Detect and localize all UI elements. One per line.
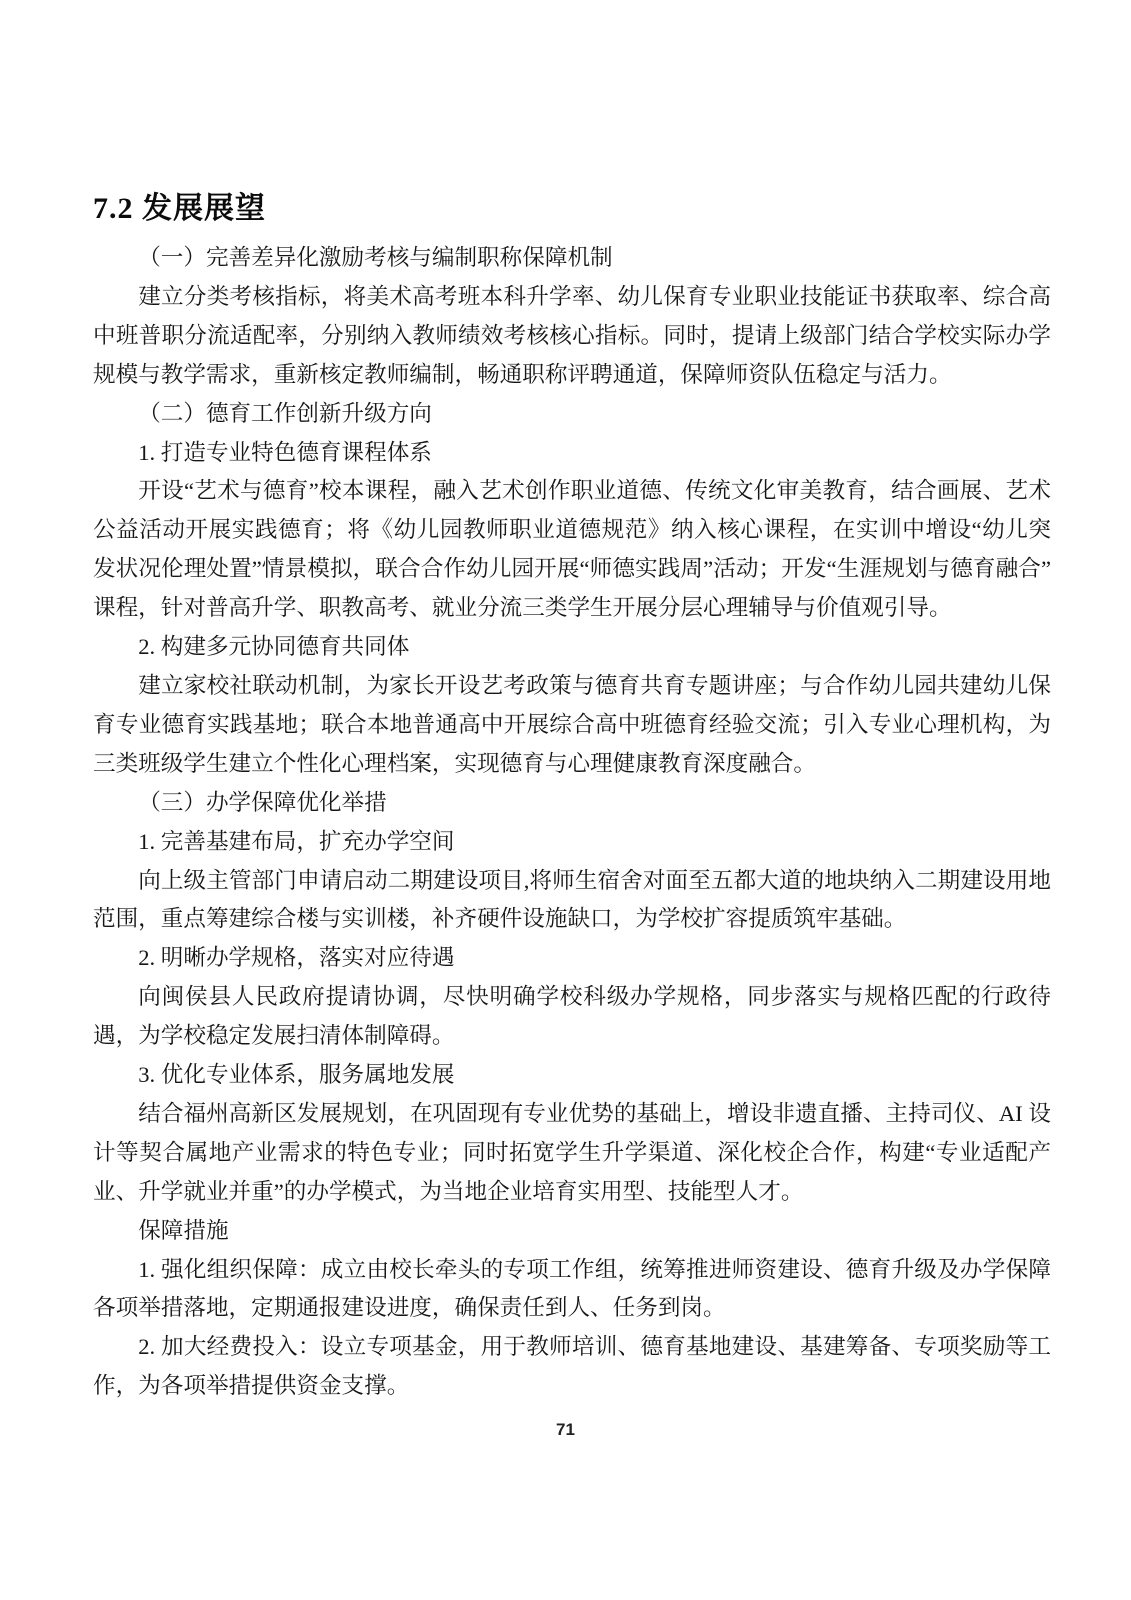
- paragraph: 1. 完善基建布局，扩充办学空间: [93, 823, 1051, 862]
- paragraph: 向闽侯县人民政府提请协调，尽快明确学校科级办学规格，同步落实与规格匹配的行政待遇…: [93, 978, 1051, 1056]
- paragraph: 开设“艺术与德育”校本课程，融入艺术创作职业道德、传统文化审美教育，结合画展、艺…: [93, 472, 1051, 628]
- paragraph: 向上级主管部门申请启动二期建设项目,将师生宿舍对面至五都大道的地块纳入二期建设用…: [93, 862, 1051, 940]
- paragraph: 1. 打造专业特色德育课程体系: [93, 434, 1051, 473]
- paragraph: 建立家校社联动机制，为家长开设艺考政策与德育共育专题讲座；与合作幼儿园共建幼儿保…: [93, 667, 1051, 784]
- paragraph: （三）办学保障优化举措: [93, 784, 1051, 823]
- document-page: 7.2 发展展望 （一）完善差异化激励考核与编制职称保障机制 建立分类考核指标，…: [0, 0, 1131, 1600]
- paragraph: 保障措施: [93, 1212, 1051, 1251]
- paragraph: 2. 明晰办学规格，落实对应待遇: [93, 939, 1051, 978]
- paragraph: 1. 强化组织保障：成立由校长牵头的专项工作组，统筹推进师资建设、德育升级及办学…: [93, 1251, 1051, 1329]
- paragraph: 结合福州高新区发展规划，在巩固现有专业优势的基础上，增设非遗直播、主持司仪、AI…: [93, 1095, 1051, 1212]
- page-footer: 71: [0, 1420, 1131, 1440]
- paragraph: 3. 优化专业体系，服务属地发展: [93, 1056, 1051, 1095]
- section-heading: 7.2 发展展望: [93, 188, 1051, 230]
- paragraph: 建立分类考核指标，将美术高考班本科升学率、幼儿保育专业职业技能证书获取率、综合高…: [93, 278, 1051, 395]
- paragraph: 2. 构建多元协同德育共同体: [93, 628, 1051, 667]
- page-content: 7.2 发展展望 （一）完善差异化激励考核与编制职称保障机制 建立分类考核指标，…: [93, 188, 1051, 1406]
- paragraph: （二）德育工作创新升级方向: [93, 395, 1051, 434]
- paragraph: （一）完善差异化激励考核与编制职称保障机制: [93, 239, 1051, 278]
- paragraph: 2. 加大经费投入：设立专项基金，用于教师培训、德育基地建设、基建筹备、专项奖励…: [93, 1328, 1051, 1406]
- page-number: 71: [556, 1420, 575, 1439]
